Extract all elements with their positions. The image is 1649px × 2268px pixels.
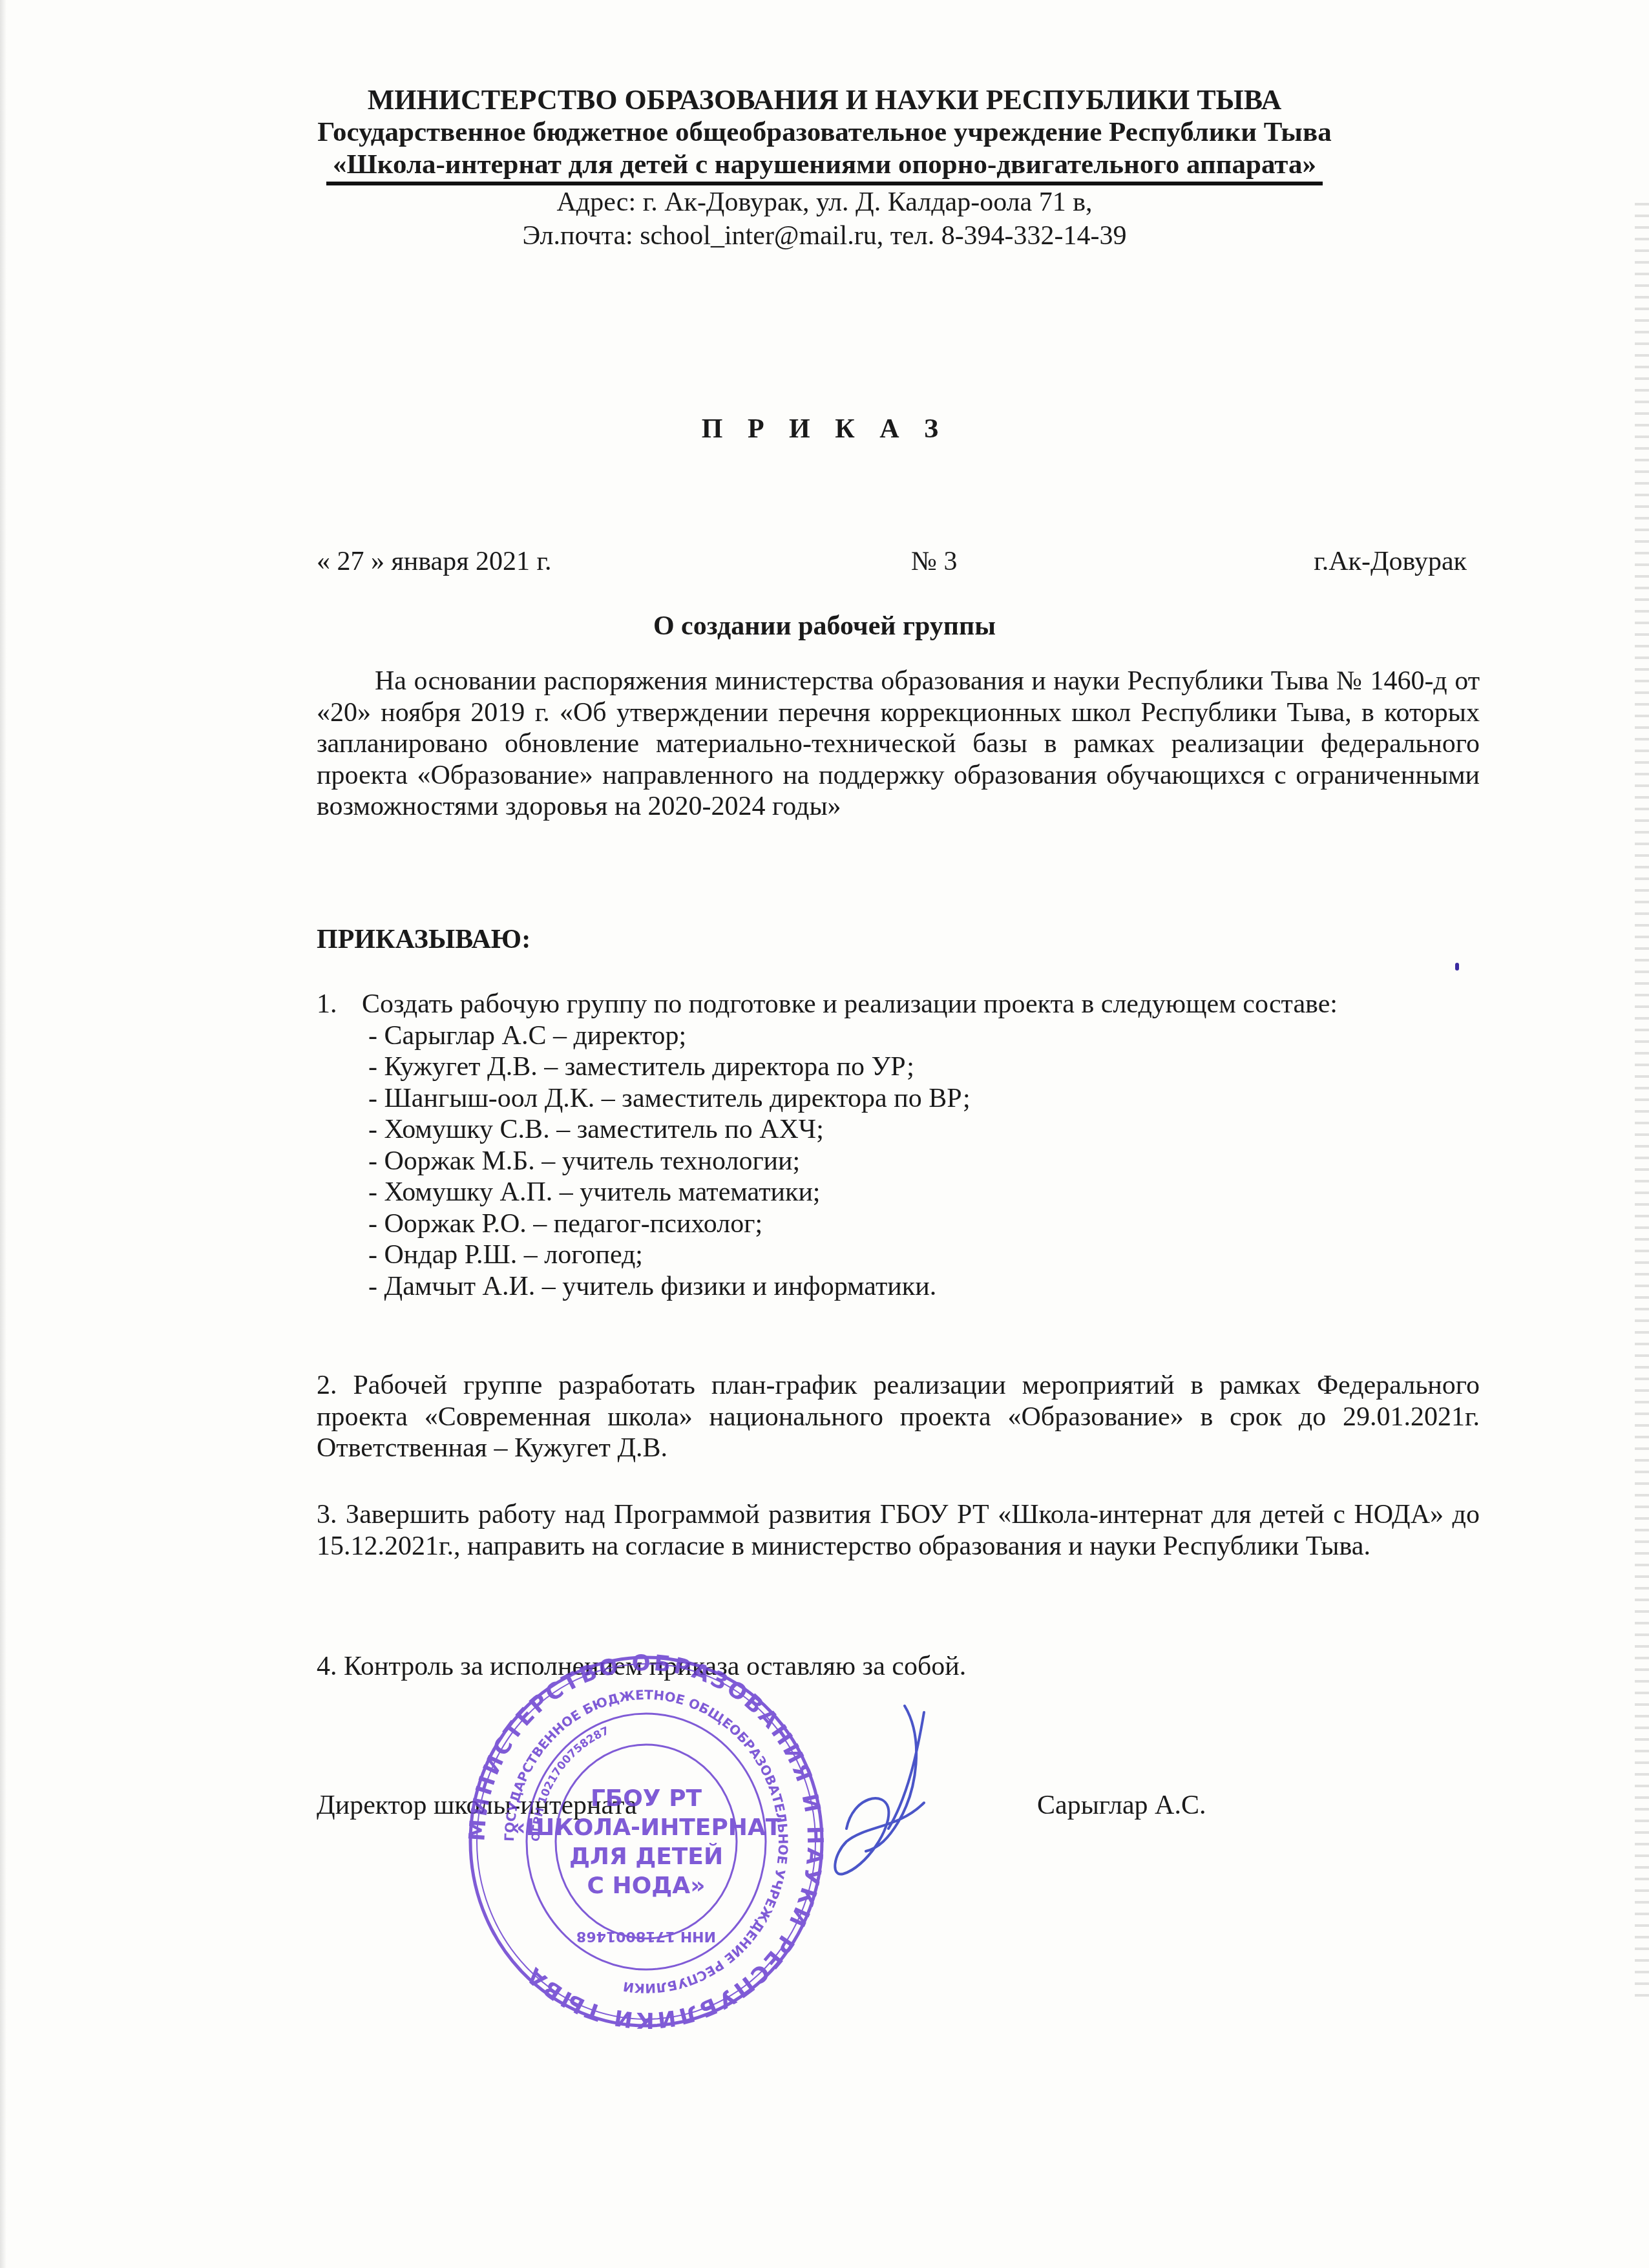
document-subject: О создании рабочей группы xyxy=(0,611,1649,642)
signature-block: Директор школы-интерната Сарыглар А.С. xyxy=(317,1790,1480,1829)
scan-edge-right xyxy=(1635,194,1649,2003)
school-name: «Школа-интернат для детей с нарушениями … xyxy=(326,149,1323,185)
working-group-list: - Сарыглар А.С – директор; - Кужугет Д.В… xyxy=(317,1020,1480,1303)
signatory-position: Директор школы-интерната xyxy=(317,1790,637,1821)
document-date: « 27 » января 2021 г. xyxy=(317,546,552,577)
svg-text:ИНН 1718001468: ИНН 1718001468 xyxy=(576,1928,716,1944)
scan-edge-left xyxy=(0,0,6,2268)
svg-text:ДЛЯ ДЕТЕЙ: ДЛЯ ДЕТЕЙ xyxy=(569,1843,723,1870)
official-stamp-icon: МИНИСТЕРСТВО ОБРАЗОВАНИЯ И НАУКИ РЕСПУБЛ… xyxy=(465,1654,827,2029)
intro-paragraph: На основании распоряжения министерства о… xyxy=(317,666,1480,823)
school-address: Адрес: г. Ак-Довурак, ул. Д. Калдар-оола… xyxy=(0,185,1649,219)
institution-name: Государственное бюджетное общеобразовате… xyxy=(0,116,1649,149)
signatory-name: Сарыглар А.С. xyxy=(1037,1790,1206,1821)
school-contacts: Эл.почта: school_inter@mail.ru, тел. 8-3… xyxy=(0,219,1649,253)
list-item: - Хомушку А.П. – учитель математики; xyxy=(368,1177,1480,1208)
order-item-1: 1. Создать рабочую группу по подготовке … xyxy=(317,989,1480,1302)
item-text: Создать рабочую группу по подготовке и р… xyxy=(362,989,1338,1020)
ministry-name: МИНИСТЕРСТВО ОБРАЗОВАНИЯ И НАУКИ РЕСПУБЛ… xyxy=(0,84,1649,116)
document-title: П Р И К А З xyxy=(0,414,1649,445)
list-item: - Сарыглар А.С – директор; xyxy=(368,1020,1480,1052)
letterhead: МИНИСТЕРСТВО ОБРАЗОВАНИЯ И НАУКИ РЕСПУБЛ… xyxy=(0,84,1649,253)
list-item: - Дамчыт А.И. – учитель физики и информа… xyxy=(368,1271,1480,1303)
order-item-2: 2. Рабочей группе разработать план-графи… xyxy=(317,1370,1480,1464)
list-item: - Ондар Р.Ш. – логопед; xyxy=(368,1239,1480,1271)
order-heading: ПРИКАЗЫВАЮ: xyxy=(317,924,530,955)
document-number: № 3 xyxy=(911,546,958,577)
svg-text:ГОСУДАРСТВЕННОЕ БЮДЖЕТНОЕ ОБЩЕ: ГОСУДАРСТВЕННОЕ БЮДЖЕТНОЕ ОБЩЕОБРАЗОВАТЕ… xyxy=(501,1687,791,1996)
list-item: - Шангыш-оол Д.К. – заместитель директор… xyxy=(368,1083,1480,1115)
order-item-4: 4. Контроль за исполнением приказа остав… xyxy=(317,1651,1480,1683)
list-item: - Хомушку С.В. – заместитель по АХЧ; xyxy=(368,1114,1480,1146)
document-meta: « 27 » января 2021 г. № 3 г.Ак-Довурак xyxy=(317,546,1480,582)
svg-text:МИНИСТЕРСТВО ОБРАЗОВАНИЯ И НАУ: МИНИСТЕРСТВО ОБРАЗОВАНИЯ И НАУКИ РЕСПУБЛ… xyxy=(465,1654,827,2029)
list-item: - Ооржак Р.О. – педагог-психолог; xyxy=(368,1208,1480,1240)
list-item: - Ооржак М.Б. – учитель технологии; xyxy=(368,1146,1480,1177)
order-item-3: 3. Завершить работу над Программой разви… xyxy=(317,1499,1480,1562)
svg-text:С НОДА»: С НОДА» xyxy=(587,1873,706,1899)
item-number: 1. xyxy=(317,989,362,1020)
ink-dot xyxy=(1455,963,1459,971)
document-city: г.Ак-Довурак xyxy=(1314,546,1467,577)
list-item: - Кужугет Д.В. – заместитель директора п… xyxy=(368,1051,1480,1083)
